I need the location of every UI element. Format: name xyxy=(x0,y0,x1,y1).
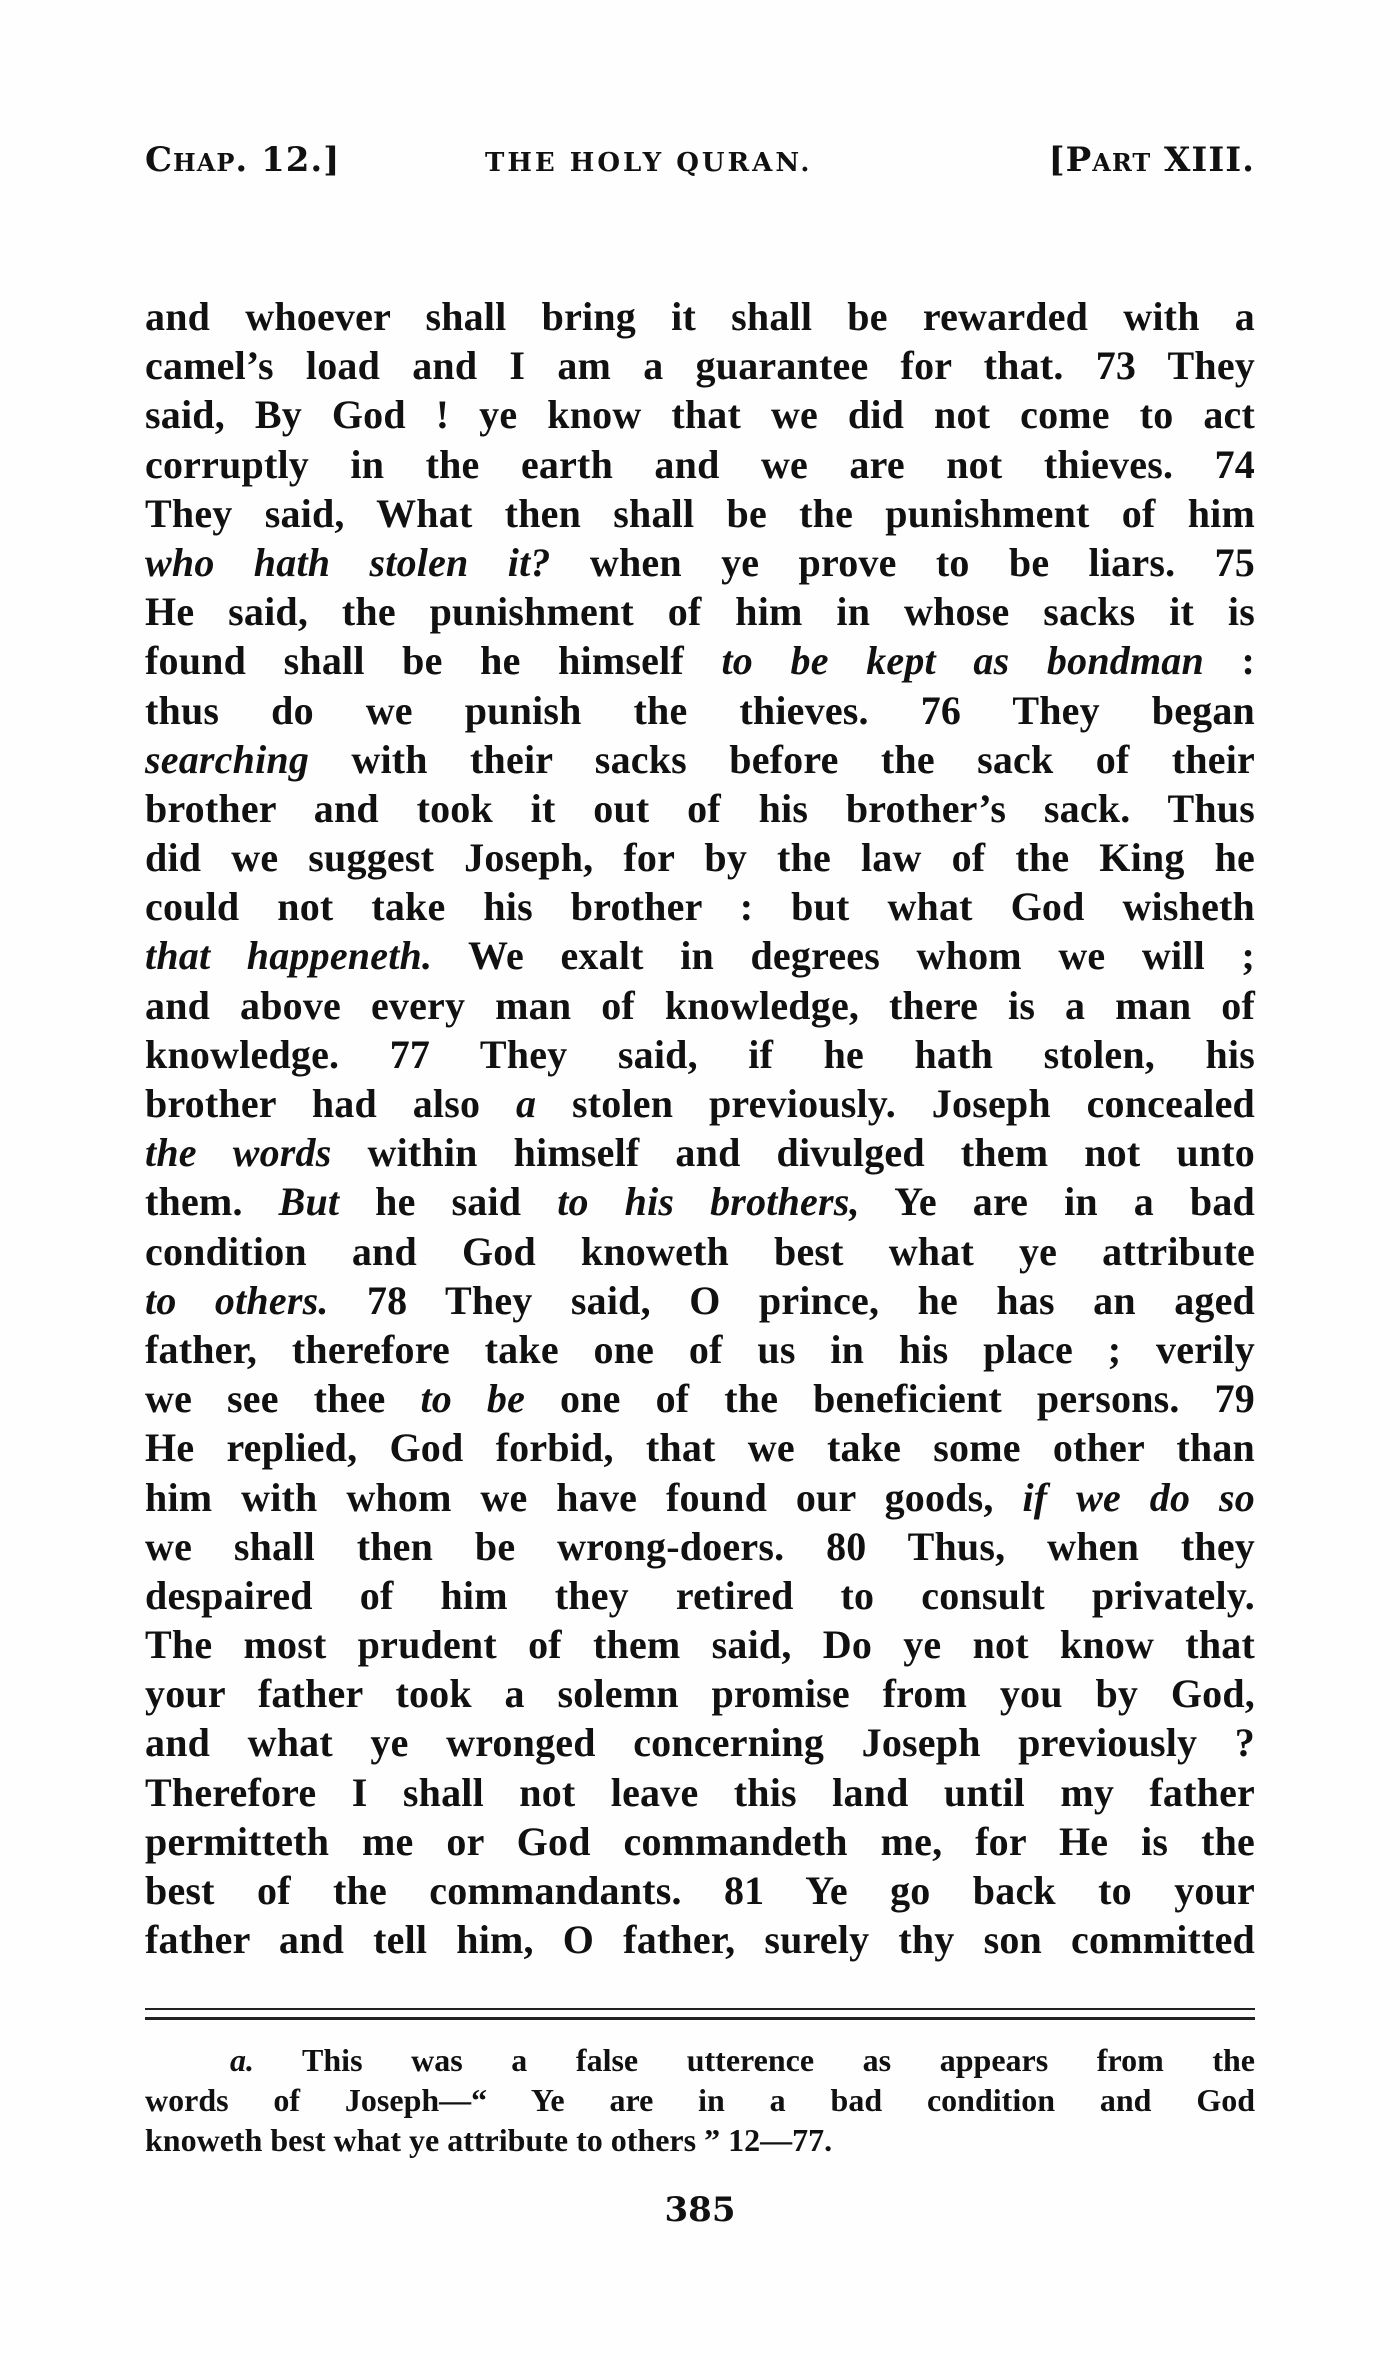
running-header: Chap. 12.] THE HOLY QURAN. [Part XIII. xyxy=(145,140,1255,190)
body-line: camel’s load and I am a guarantee for th… xyxy=(145,341,1255,390)
body-line: best of the commandants. 81 Ye go back t… xyxy=(145,1866,1255,1915)
text-run: we shall then be wrong-doers. 80 Thus, w… xyxy=(145,1524,1255,1569)
footnote-line: words of Joseph—“ Ye are in a bad condit… xyxy=(145,2080,1255,2120)
text-run: father and tell him, O father, surely th… xyxy=(145,1917,1255,1962)
text-run: found shall be he himself xyxy=(145,638,721,683)
body-line: corruptly in the earth and we are not th… xyxy=(145,440,1255,489)
footnote-block: a. This was a false utterence as appears… xyxy=(145,2040,1255,2160)
body-line: that happeneth. We exalt in degrees whom… xyxy=(145,931,1255,980)
part-label: [Part XIII. xyxy=(1049,140,1255,180)
italic-text: to others. xyxy=(145,1278,329,1323)
body-line: who hath stolen it? when ye prove to be … xyxy=(145,538,1255,587)
body-line: said, By God ! ye know that we did not c… xyxy=(145,390,1255,439)
body-line: knowledge. 77 They said, if he hath stol… xyxy=(145,1030,1255,1079)
italic-text: to his brothers, xyxy=(557,1179,860,1224)
body-line: brother and took it out of his brother’s… xyxy=(145,784,1255,833)
italic-text: who hath stolen it? xyxy=(145,540,551,585)
body-line: and whoever shall bring it shall be rewa… xyxy=(145,292,1255,341)
footnote-divider xyxy=(145,2008,1255,2010)
body-line: despaired of him they retired to consult… xyxy=(145,1571,1255,1620)
text-run: him with whom we have found our goods, xyxy=(145,1475,1022,1520)
text-run: : xyxy=(1204,638,1255,683)
body-line: thus do we punish the thieves. 76 They b… xyxy=(145,686,1255,735)
body-line: and above every man of knowledge, there … xyxy=(145,981,1255,1030)
page-number: 385 xyxy=(0,2190,1400,2230)
body-line: them. But he said to his brothers, Ye ar… xyxy=(145,1177,1255,1226)
body-line: we shall then be wrong-doers. 80 Thus, w… xyxy=(145,1522,1255,1571)
italic-text: to be xyxy=(420,1376,525,1421)
body-line: found shall be he himself to be kept as … xyxy=(145,636,1255,685)
text-run: This was a false utterence as appears fr… xyxy=(254,2042,1255,2078)
book-page: Chap. 12.] THE HOLY QURAN. [Part XIII. a… xyxy=(0,0,1400,2360)
text-run: could not take his brother : but what Go… xyxy=(145,884,1255,929)
text-run: your father took a solemn promise from y… xyxy=(145,1671,1255,1716)
italic-text: searching xyxy=(145,737,309,782)
body-line: we see thee to be one of the beneficient… xyxy=(145,1374,1255,1423)
text-run: when ye prove to be liars. 75 xyxy=(551,540,1255,585)
text-run: Ye are in a bad xyxy=(860,1179,1255,1224)
text-run: brother and took it out of his brother’s… xyxy=(145,786,1255,831)
text-run: with their sacks before the sack of thei… xyxy=(309,737,1255,782)
body-line: your father took a solemn promise from y… xyxy=(145,1669,1255,1718)
text-run: one of the beneficient persons. 79 xyxy=(525,1376,1255,1421)
text-run: knoweth best what ye attribute to others… xyxy=(145,2122,832,2158)
italic-text: But xyxy=(279,1179,340,1224)
text-run: them. xyxy=(145,1179,279,1224)
body-line: permitteth me or God commandeth me, for … xyxy=(145,1817,1255,1866)
text-run: permitteth me or God commandeth me, for … xyxy=(145,1819,1255,1864)
italic-text: the words xyxy=(145,1130,332,1175)
body-line: and what ye wronged concerning Joseph pr… xyxy=(145,1718,1255,1767)
body-line: The most prudent of them said, Do ye not… xyxy=(145,1620,1255,1669)
body-line: father and tell him, O father, surely th… xyxy=(145,1915,1255,1964)
text-run: condition and God knoweth best what ye a… xyxy=(145,1229,1255,1274)
text-run: brother had also xyxy=(145,1081,516,1126)
text-run: best of the commandants. 81 Ye go back t… xyxy=(145,1868,1255,1913)
main-text-block: and whoever shall bring it shall be rewa… xyxy=(145,292,1255,1964)
text-run: The most prudent of them said, Do ye not… xyxy=(145,1622,1255,1667)
italic-text: to be kept as bondman xyxy=(721,638,1203,683)
text-run: said, By God ! ye know that we did not c… xyxy=(145,392,1255,437)
text-run: and whoever shall bring it shall be rewa… xyxy=(145,294,1255,339)
body-line: him with whom we have found our goods, i… xyxy=(145,1473,1255,1522)
footnote-line: knoweth best what ye attribute to others… xyxy=(145,2120,1255,2160)
italic-text: a. xyxy=(230,2042,254,2078)
text-run: despaired of him they retired to consult… xyxy=(145,1573,1255,1618)
text-run: He replied, God forbid, that we take som… xyxy=(145,1425,1255,1470)
body-line: He replied, God forbid, that we take som… xyxy=(145,1423,1255,1472)
body-line: brother had also a stolen previously. Jo… xyxy=(145,1079,1255,1128)
body-line: did we suggest Joseph, for by the law of… xyxy=(145,833,1255,882)
text-run: Therefore I shall not leave this land un… xyxy=(145,1770,1255,1815)
body-line: father, therefore take one of us in his … xyxy=(145,1325,1255,1374)
footnote-line: a. This was a false utterence as appears… xyxy=(145,2040,1255,2080)
body-line: He said, the punishment of him in whose … xyxy=(145,587,1255,636)
text-run: words of Joseph—“ Ye are in a bad condit… xyxy=(145,2082,1255,2118)
text-run: and what ye wronged concerning Joseph pr… xyxy=(145,1720,1255,1765)
body-line: They said, What then shall be the punish… xyxy=(145,489,1255,538)
text-run: he said xyxy=(339,1179,557,1224)
text-run: corruptly in the earth and we are not th… xyxy=(145,442,1255,487)
text-run: thus do we punish the thieves. 76 They b… xyxy=(145,688,1255,733)
body-line: the words within himself and divulged th… xyxy=(145,1128,1255,1177)
text-run: They said, What then shall be the punish… xyxy=(145,491,1255,536)
text-run: father, therefore take one of us in his … xyxy=(145,1327,1255,1372)
italic-text: that happeneth. xyxy=(145,933,432,978)
body-line: could not take his brother : but what Go… xyxy=(145,882,1255,931)
text-run: we see thee xyxy=(145,1376,420,1421)
footnote-divider-double xyxy=(145,2017,1255,2020)
text-run: within himself and divulged them not unt… xyxy=(332,1130,1255,1175)
book-title: THE HOLY QURAN. xyxy=(485,148,812,178)
body-line: searching with their sacks before the sa… xyxy=(145,735,1255,784)
text-run: and above every man of knowledge, there … xyxy=(145,983,1255,1028)
text-run: did we suggest Joseph, for by the law of… xyxy=(145,835,1255,880)
body-line: to others. 78 They said, O prince, he ha… xyxy=(145,1276,1255,1325)
italic-text: a xyxy=(516,1081,536,1126)
body-line: condition and God knoweth best what ye a… xyxy=(145,1227,1255,1276)
body-line: Therefore I shall not leave this land un… xyxy=(145,1768,1255,1817)
italic-text: if we do so xyxy=(1022,1475,1255,1520)
chapter-label: Chap. 12.] xyxy=(145,140,340,180)
text-run: stolen previously. Joseph concealed xyxy=(536,1081,1255,1126)
text-run: knowledge. 77 They said, if he hath stol… xyxy=(145,1032,1255,1077)
text-run: We exalt in degrees whom we will ; xyxy=(432,933,1255,978)
text-run: He said, the punishment of him in whose … xyxy=(145,589,1255,634)
text-run: camel’s load and I am a guarantee for th… xyxy=(145,343,1255,388)
text-run: 78 They said, O prince, he has an aged xyxy=(329,1278,1255,1323)
